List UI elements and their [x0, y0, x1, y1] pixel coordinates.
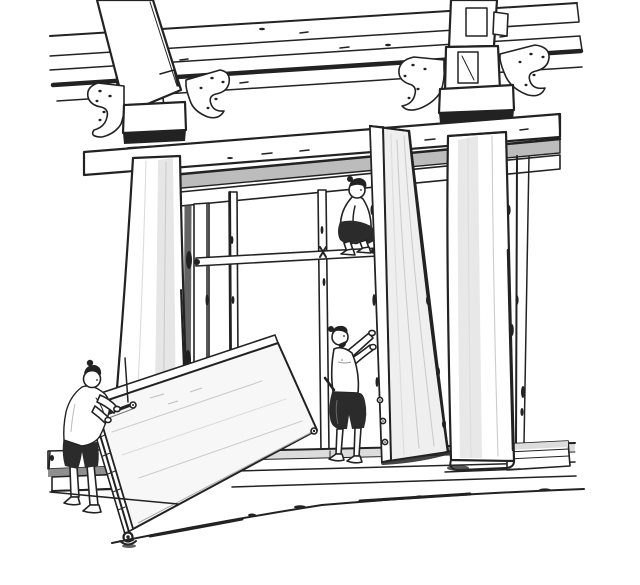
illustration-canvas: Workers hanging the great wooden doors o… [0, 0, 640, 585]
carrying-worker-hand-1 [114, 406, 120, 411]
right-capital-abacus [439, 85, 514, 113]
left-capital-abacus [123, 102, 186, 133]
right-capital-post [449, 0, 497, 47]
carrying-worker-hand-2 [105, 418, 111, 423]
carrying-worker-head [84, 371, 101, 388]
standing-worker-hand-lower [370, 345, 376, 350]
illustration-page: Workers hanging the great wooden doors o… [0, 0, 640, 585]
standing-worker-hand-upper [369, 330, 375, 335]
